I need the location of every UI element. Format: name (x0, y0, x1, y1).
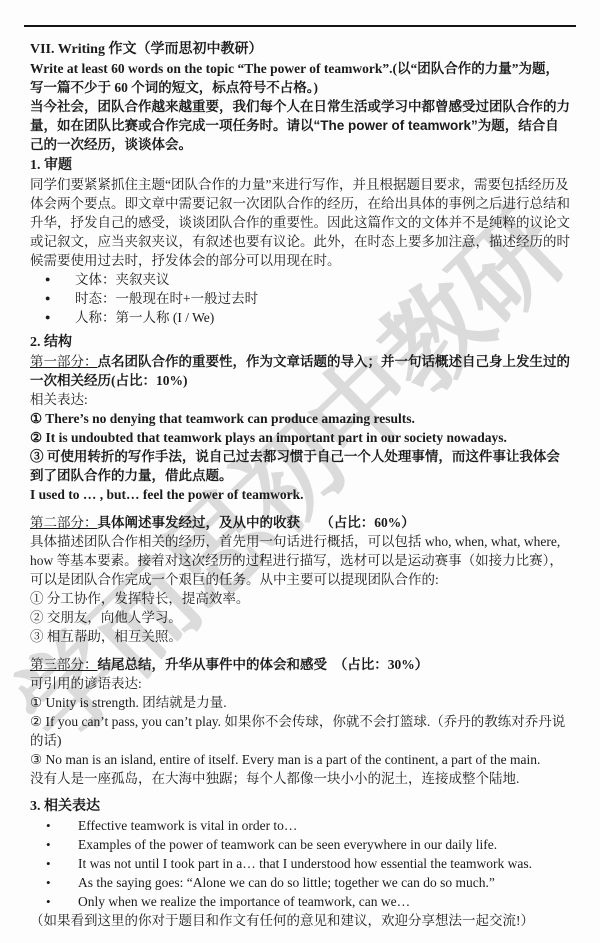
part2-heading: 第二部分：具体阐述事发经过，及从中的收获 （占比：60%） (30, 513, 570, 532)
bullet-icon: ● (30, 308, 75, 327)
list-item: ● 文体：夹叙夹议 (30, 270, 570, 289)
part1-expressions-label: 相关表达: (30, 390, 570, 409)
topic-introduction: 当今社会，团队合作越来越重要，我们每个人在日常生活或学习中都曾感受过团队合作的力… (30, 97, 570, 154)
bullet-text: 人称：第一人称 (I / We) (75, 308, 570, 327)
part3-translation: 没有人是一座孤岛，在大海中独踞；每个人都像一块小小的泥土，连接成整个陆地. (30, 769, 570, 788)
bullet-icon: • (30, 854, 78, 873)
footer-note: （如果看到这里的你对于题目和作文有任何的意见和建议，欢迎分享想法一起交流!） (30, 911, 570, 930)
bullet-icon: • (30, 816, 78, 835)
writing-prompt: Write at least 60 words on the topic “Th… (30, 59, 570, 97)
bullet-text: 文体：夹叙夹议 (75, 270, 570, 289)
part1-item: ③ 可使用转折的写作手法，说自己过去都习惯于自己一个人处理事情，而这件事让我体会… (30, 447, 570, 485)
bullet-text: As the saying goes: “Alone we can do so … (78, 873, 570, 892)
document-page: 学而思初中教研 VII. Writing 作文（学而思初中教研） Write a… (0, 0, 600, 943)
part2-item: ③ 相互帮助，相互关照。 (30, 627, 570, 646)
bullet-text: Examples of the power of teamwork can be… (78, 835, 570, 854)
part3-item: ③ No man is an island, entire of itself.… (30, 750, 570, 769)
part2-item: ② 交朋友，向他人学习。 (30, 608, 570, 627)
part3-heading: 第三部分：结尾总结，升华从事件中的体会和感受 （占比：30%） (30, 655, 570, 674)
document-content: VII. Writing 作文（学而思初中教研） Write at least … (0, 40, 600, 930)
part2-label: 第二部分： (30, 515, 98, 530)
part2-paragraph: 具体描述团队合作相关的经历，首先用一句话进行概括，可以包括 who, when,… (30, 532, 570, 589)
list-item: • Only when we realize the importance of… (30, 892, 570, 911)
list-item: • As the saying goes: “Alone we can do s… (30, 873, 570, 892)
part1-example-sentence: I used to … , but… feel the power of tea… (30, 485, 570, 504)
bullet-icon: ● (30, 289, 75, 308)
top-rule (24, 25, 576, 27)
bullet-text: 时态：一般现在时+一般过去时 (75, 289, 570, 308)
bullet-icon: ● (30, 270, 75, 289)
bullet-text: Effective teamwork is vital in order to… (78, 816, 570, 835)
section-2-heading: 2. 结构 (30, 333, 570, 352)
part1-item: ① There’s no denying that teamwork can p… (30, 409, 570, 428)
bullet-text: It was not until I took part in a… that … (78, 854, 570, 873)
part3-label: 第三部分： (30, 657, 98, 672)
bullet-icon: • (30, 892, 78, 911)
bullet-text: Only when we realize the importance of t… (78, 892, 570, 911)
part2-item: ① 分工协作，发挥特长，提高效率。 (30, 589, 570, 608)
bullet-icon: • (30, 873, 78, 892)
list-item: • Effective teamwork is vital in order t… (30, 816, 570, 835)
part3-intro: 可引用的谚语表达: (30, 674, 570, 693)
list-item: • It was not until I took part in a… tha… (30, 854, 570, 873)
part3-item: ② If you can’t pass, you can’t play. 如果你… (30, 712, 570, 750)
part2-title: 具体阐述事发经过，及从中的收获 （占比：60%） (98, 515, 415, 530)
document-title: VII. Writing 作文（学而思初中教研） (30, 40, 570, 59)
bullet-icon: • (30, 835, 78, 854)
part3-item: ① Unity is strength. 团结就是力量. (30, 693, 570, 712)
section-1-heading: 1. 审题 (30, 156, 570, 175)
part1-heading: 第一部分：点名团队合作的重要性，作为文章话题的导入；并一句话概述自己身上发生过的… (30, 352, 570, 390)
list-item: • Examples of the power of teamwork can … (30, 835, 570, 854)
part1-title: 点名团队合作的重要性，作为文章话题的导入；并一句话概述自己身上发生过的一次相关经… (30, 354, 570, 388)
list-item: ● 时态：一般现在时+一般过去时 (30, 289, 570, 308)
part1-label: 第一部分： (30, 354, 98, 369)
part3-title: 结尾总结，升华从事件中的体会和感受 （占比：30%） (98, 657, 429, 672)
list-item: ● 人称：第一人称 (I / We) (30, 308, 570, 327)
analysis-paragraph: 同学们要紧紧抓住主题“团队合作的力量”来进行写作，并且根据题目要求，需要包括经历… (30, 175, 570, 270)
part1-item: ② It is undoubted that teamwork plays an… (30, 428, 570, 447)
section-3-heading: 3. 相关表达 (30, 797, 570, 816)
